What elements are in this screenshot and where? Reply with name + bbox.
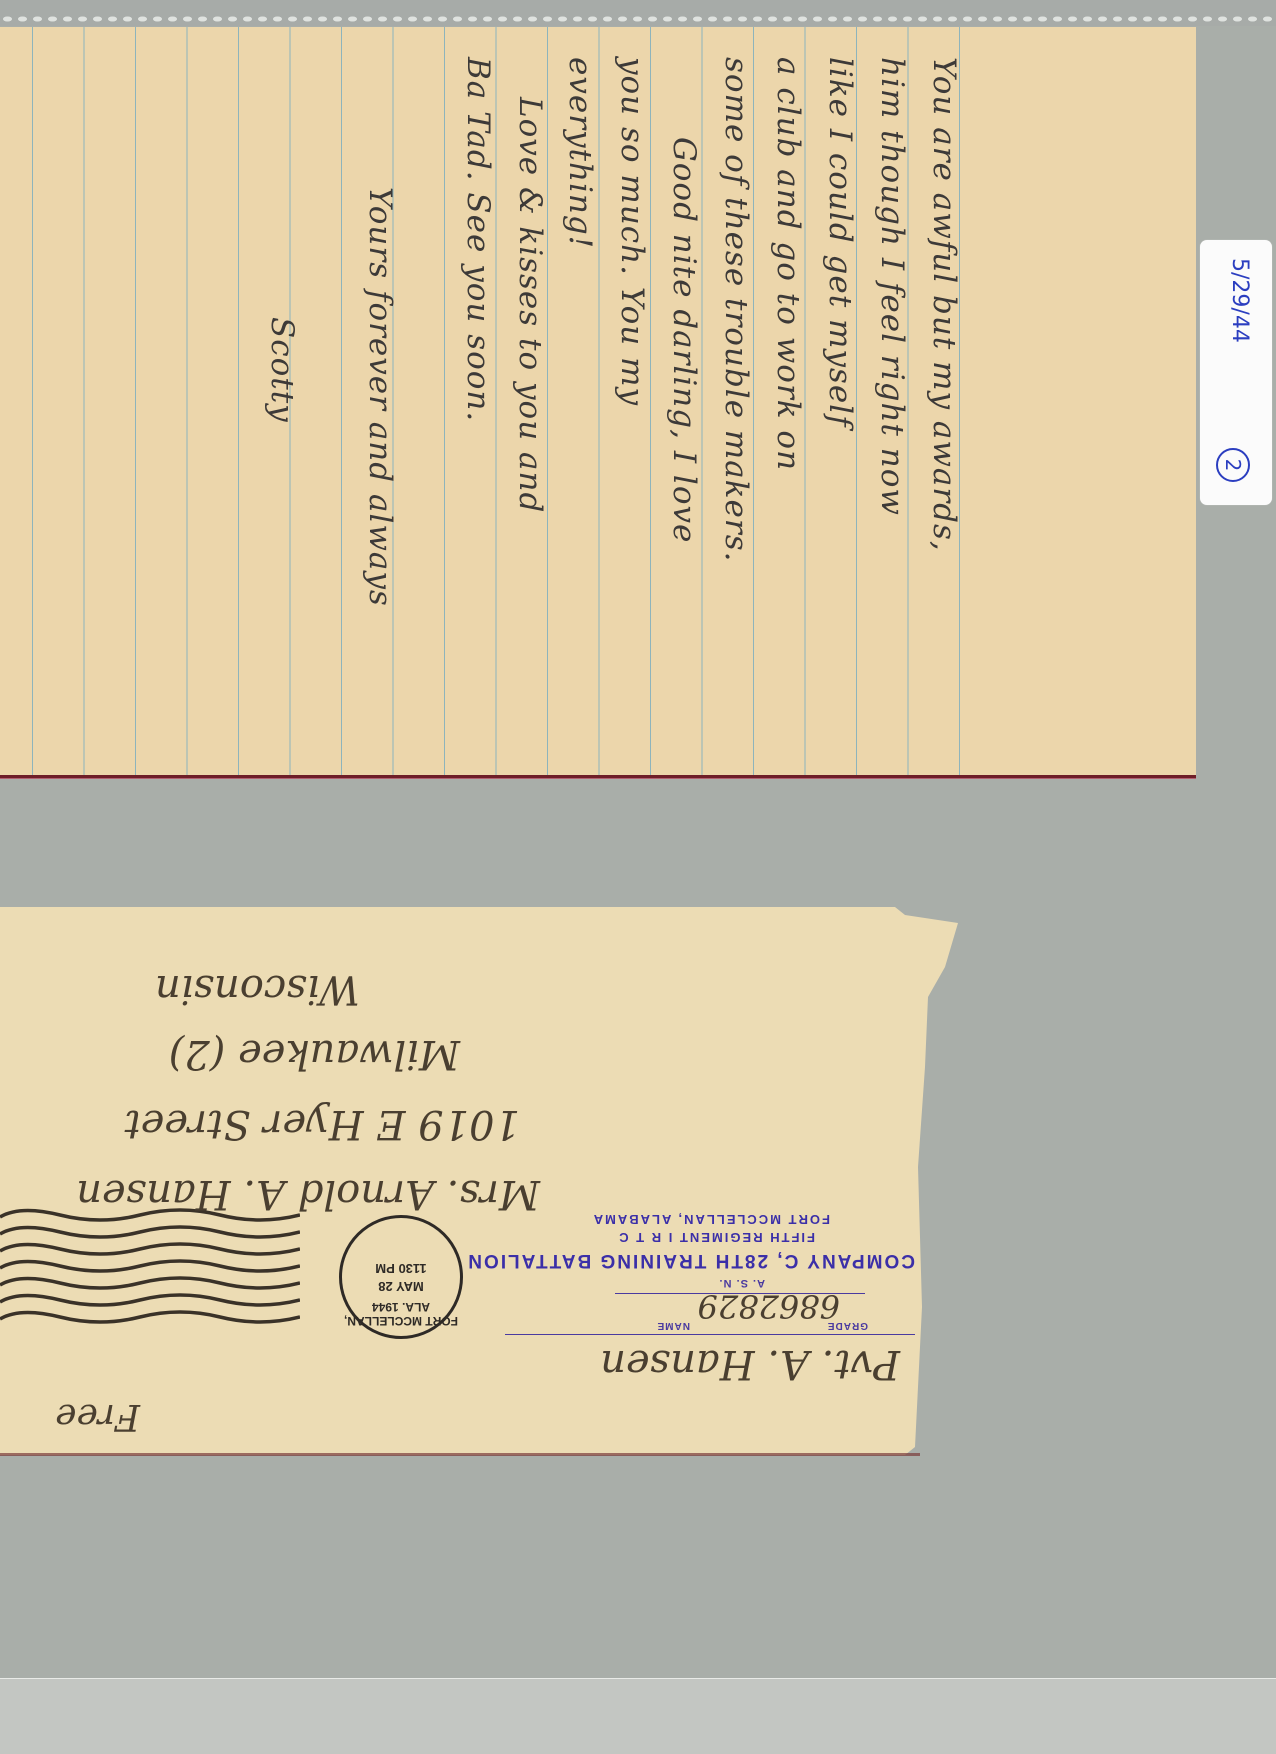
page-number-circle: 2 — [1216, 448, 1250, 482]
date-sticker: 5/29/44 2 — [1200, 240, 1272, 505]
postmark-date: MAY 28 — [342, 1279, 460, 1294]
letter-signature: Scotty — [264, 317, 300, 423]
letter-line: Ba Tad. See you soon. — [460, 57, 496, 422]
letter-line: Yours forever and always — [362, 187, 398, 607]
postmark: FORT MCCLELLAN, ALA. 1944 MAY 28 1130 PM — [339, 1215, 463, 1339]
name-rule — [505, 1334, 915, 1335]
postmark-time: 1130 PM — [342, 1261, 460, 1276]
letter-line: You are awful but my awards, — [926, 57, 962, 552]
sleeve-top-edge — [0, 0, 1276, 26]
envelope-bottom-edge — [0, 1453, 920, 1456]
postmark-ring: FORT MCCLELLAN, ALA. 1944 — [342, 1300, 460, 1328]
letter-handwriting: You are awful but my awards, him though … — [0, 27, 962, 775]
letter-line: some of these trouble makers. — [718, 57, 754, 563]
recipient-line-1: Mrs. Arnold A. Hansen — [76, 1171, 540, 1217]
asn-label: A. S. N. — [718, 1277, 765, 1289]
letter-line: Love & kisses to you and — [512, 97, 548, 513]
sticker-date: 5/29/44 — [1227, 258, 1252, 343]
return-regiment: FIFTH REGIMENT I R T C — [617, 1230, 815, 1245]
name-label: NAME — [657, 1320, 690, 1331]
sleeve-perforations — [0, 14, 1276, 24]
envelope: Pvt. A. Hansen GRADE NAME 6862829 A. S. … — [0, 907, 960, 1459]
recipient-line-2: 1019 E Hyer Street — [125, 1101, 520, 1147]
letter-line: a club and go to work on — [770, 57, 806, 471]
letter-right-margin — [962, 27, 1196, 775]
letter-line: him though I feel right now — [874, 57, 910, 516]
letter-line: like I could get myself — [822, 57, 858, 428]
recipient-line-3: Milwaukee (2) — [169, 1031, 460, 1077]
return-company: COMPANY C, 28TH TRAINING BATTALION — [466, 1249, 915, 1271]
envelope-upside-down-content: Pvt. A. Hansen GRADE NAME 6862829 A. S. … — [0, 907, 960, 1457]
letter-line: everything! — [562, 57, 598, 249]
asn-rule — [615, 1293, 865, 1294]
sender-name-handwritten: Pvt. A. Hansen — [600, 1341, 900, 1387]
free-frank-note: Free — [55, 1396, 140, 1437]
return-location: FORT MCCLELLAN, ALABAMA — [592, 1212, 830, 1227]
sleeve-bottom-edge — [0, 1678, 1276, 1754]
recipient-line-4: Wisconsin — [155, 966, 360, 1012]
letter-line: you so much. You my — [614, 57, 650, 406]
letter-line: Good nite darling, I love — [666, 137, 702, 543]
letter-page: You are awful but my awards, him though … — [0, 27, 1196, 778]
